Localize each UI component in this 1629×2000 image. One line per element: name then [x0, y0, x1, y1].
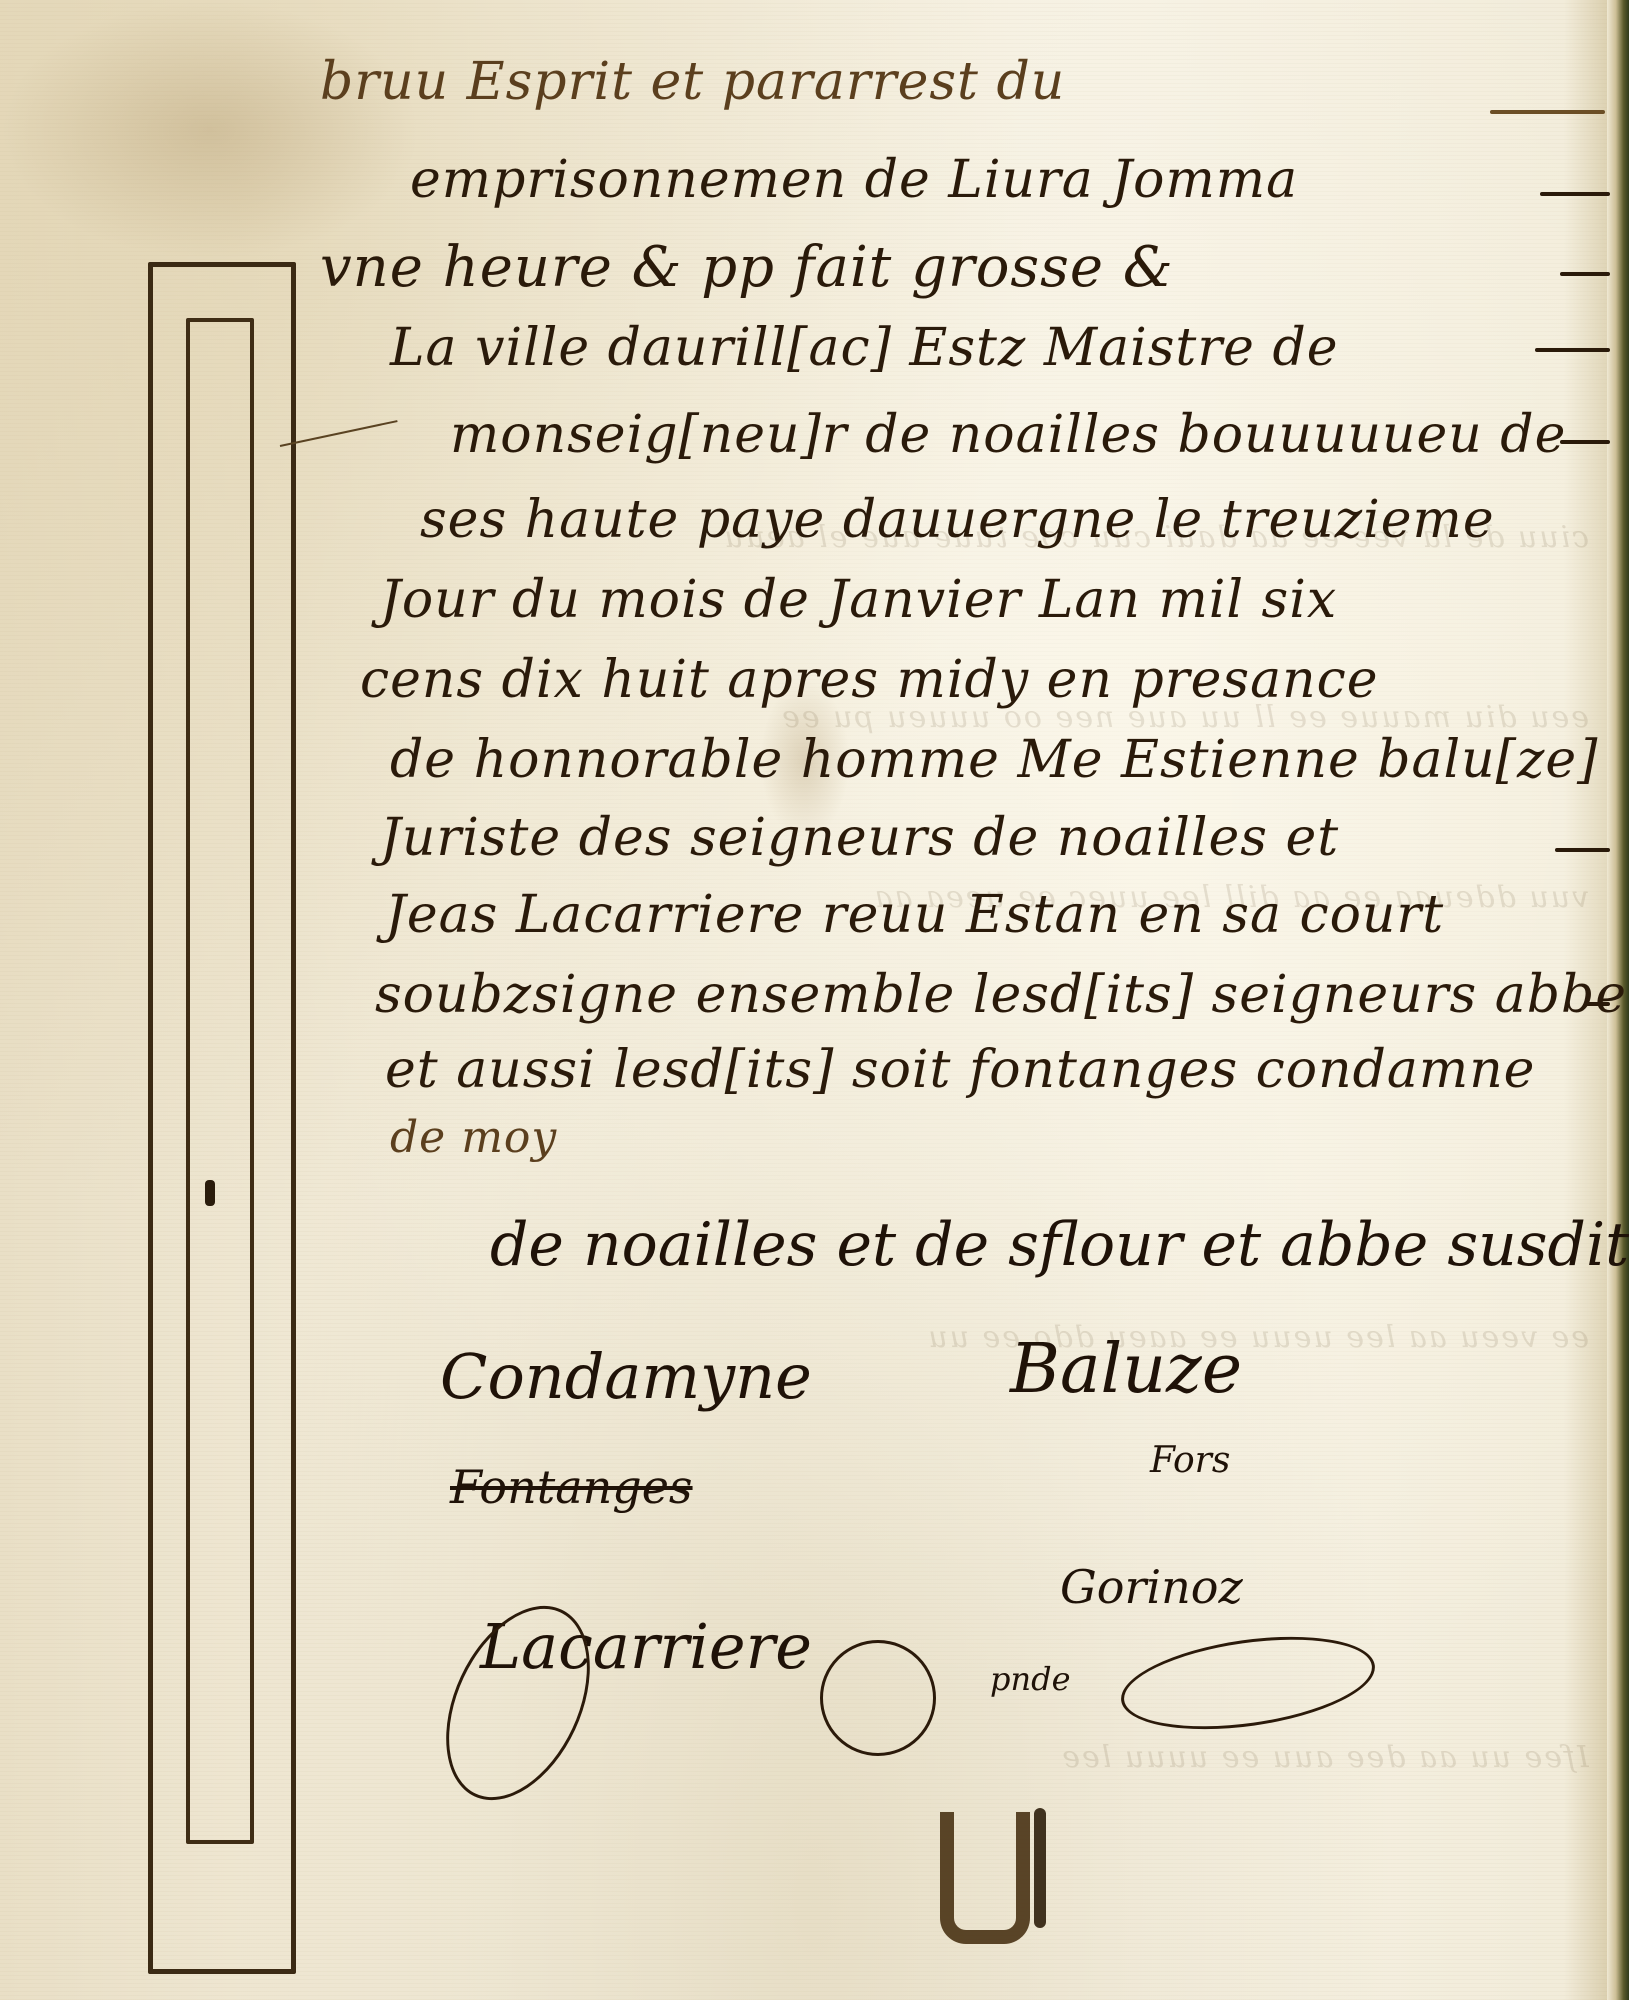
- signature-noailles: de noailles et de sflour et abbe susdit: [490, 1210, 1629, 1280]
- manuscript-line-14: de moy: [390, 1112, 557, 1163]
- signature-fontanges: Fontanges: [450, 1460, 693, 1514]
- margin-pointer-stroke: [280, 420, 398, 447]
- signature-fors: Fors: [1150, 1440, 1230, 1481]
- manuscript-line-2: emprisonnemen de Liura Jomma: [410, 150, 1298, 210]
- manuscript-page: ciuu de la vee ee aa daui cuu coe tuue a…: [0, 0, 1629, 2000]
- signature-condamyne: Condamyne: [440, 1340, 812, 1413]
- margin-frame-inner: [186, 318, 254, 1844]
- line-filler-stroke: [1490, 110, 1605, 114]
- manuscript-line-7: Jour du mois de Janvier Lan mil six: [380, 570, 1337, 630]
- manuscript-line-1: bruu Esprit et pararrest du: [320, 52, 1065, 112]
- signature-pnde: pnde: [990, 1660, 1071, 1698]
- paper-stain: [0, 0, 420, 260]
- manuscript-line-3: vne heure & pp fait grosse &: [320, 235, 1174, 300]
- margin-frame-tick: [205, 1180, 215, 1206]
- signature-baluze: Baluze: [1010, 1330, 1242, 1409]
- manuscript-line-11: Jeas Lacarriere reuu Estan en sa court: [385, 885, 1444, 945]
- line-filler-stroke: [1540, 192, 1610, 196]
- manuscript-line-5: monseig[neu]r de noailles bouuuuueu de: [450, 405, 1566, 465]
- manuscript-line-13: et aussi lesd[its] soit fontanges condam…: [385, 1040, 1535, 1100]
- manuscript-line-10: Juriste des seigneurs de noailles et: [380, 808, 1339, 868]
- bottom-u-mark: [940, 1812, 1030, 1944]
- line-filler-stroke: [1560, 272, 1610, 276]
- line-filler-stroke: [1560, 440, 1610, 444]
- signature-flourish: [1115, 1623, 1380, 1744]
- manuscript-line-4: La ville daurill[ac] Estz Maistre de: [390, 318, 1339, 378]
- line-filler-stroke: [1535, 348, 1610, 352]
- manuscript-line-12: soubzsigne ensemble lesd[its] seigneurs …: [375, 965, 1627, 1025]
- line-filler-stroke: [1555, 848, 1610, 852]
- manuscript-line-6: ses haute paye dauuergne le treuzieme: [420, 490, 1495, 550]
- signature-paraph: [820, 1640, 936, 1756]
- manuscript-line-9: de honnorable homme Me Estienne balu[ze]: [390, 730, 1598, 790]
- signature-gorinoz: Gorinoz: [1060, 1560, 1243, 1614]
- line-filler-stroke: [1585, 1002, 1610, 1006]
- manuscript-line-8: cens dix huit apres midy en presance: [360, 650, 1378, 710]
